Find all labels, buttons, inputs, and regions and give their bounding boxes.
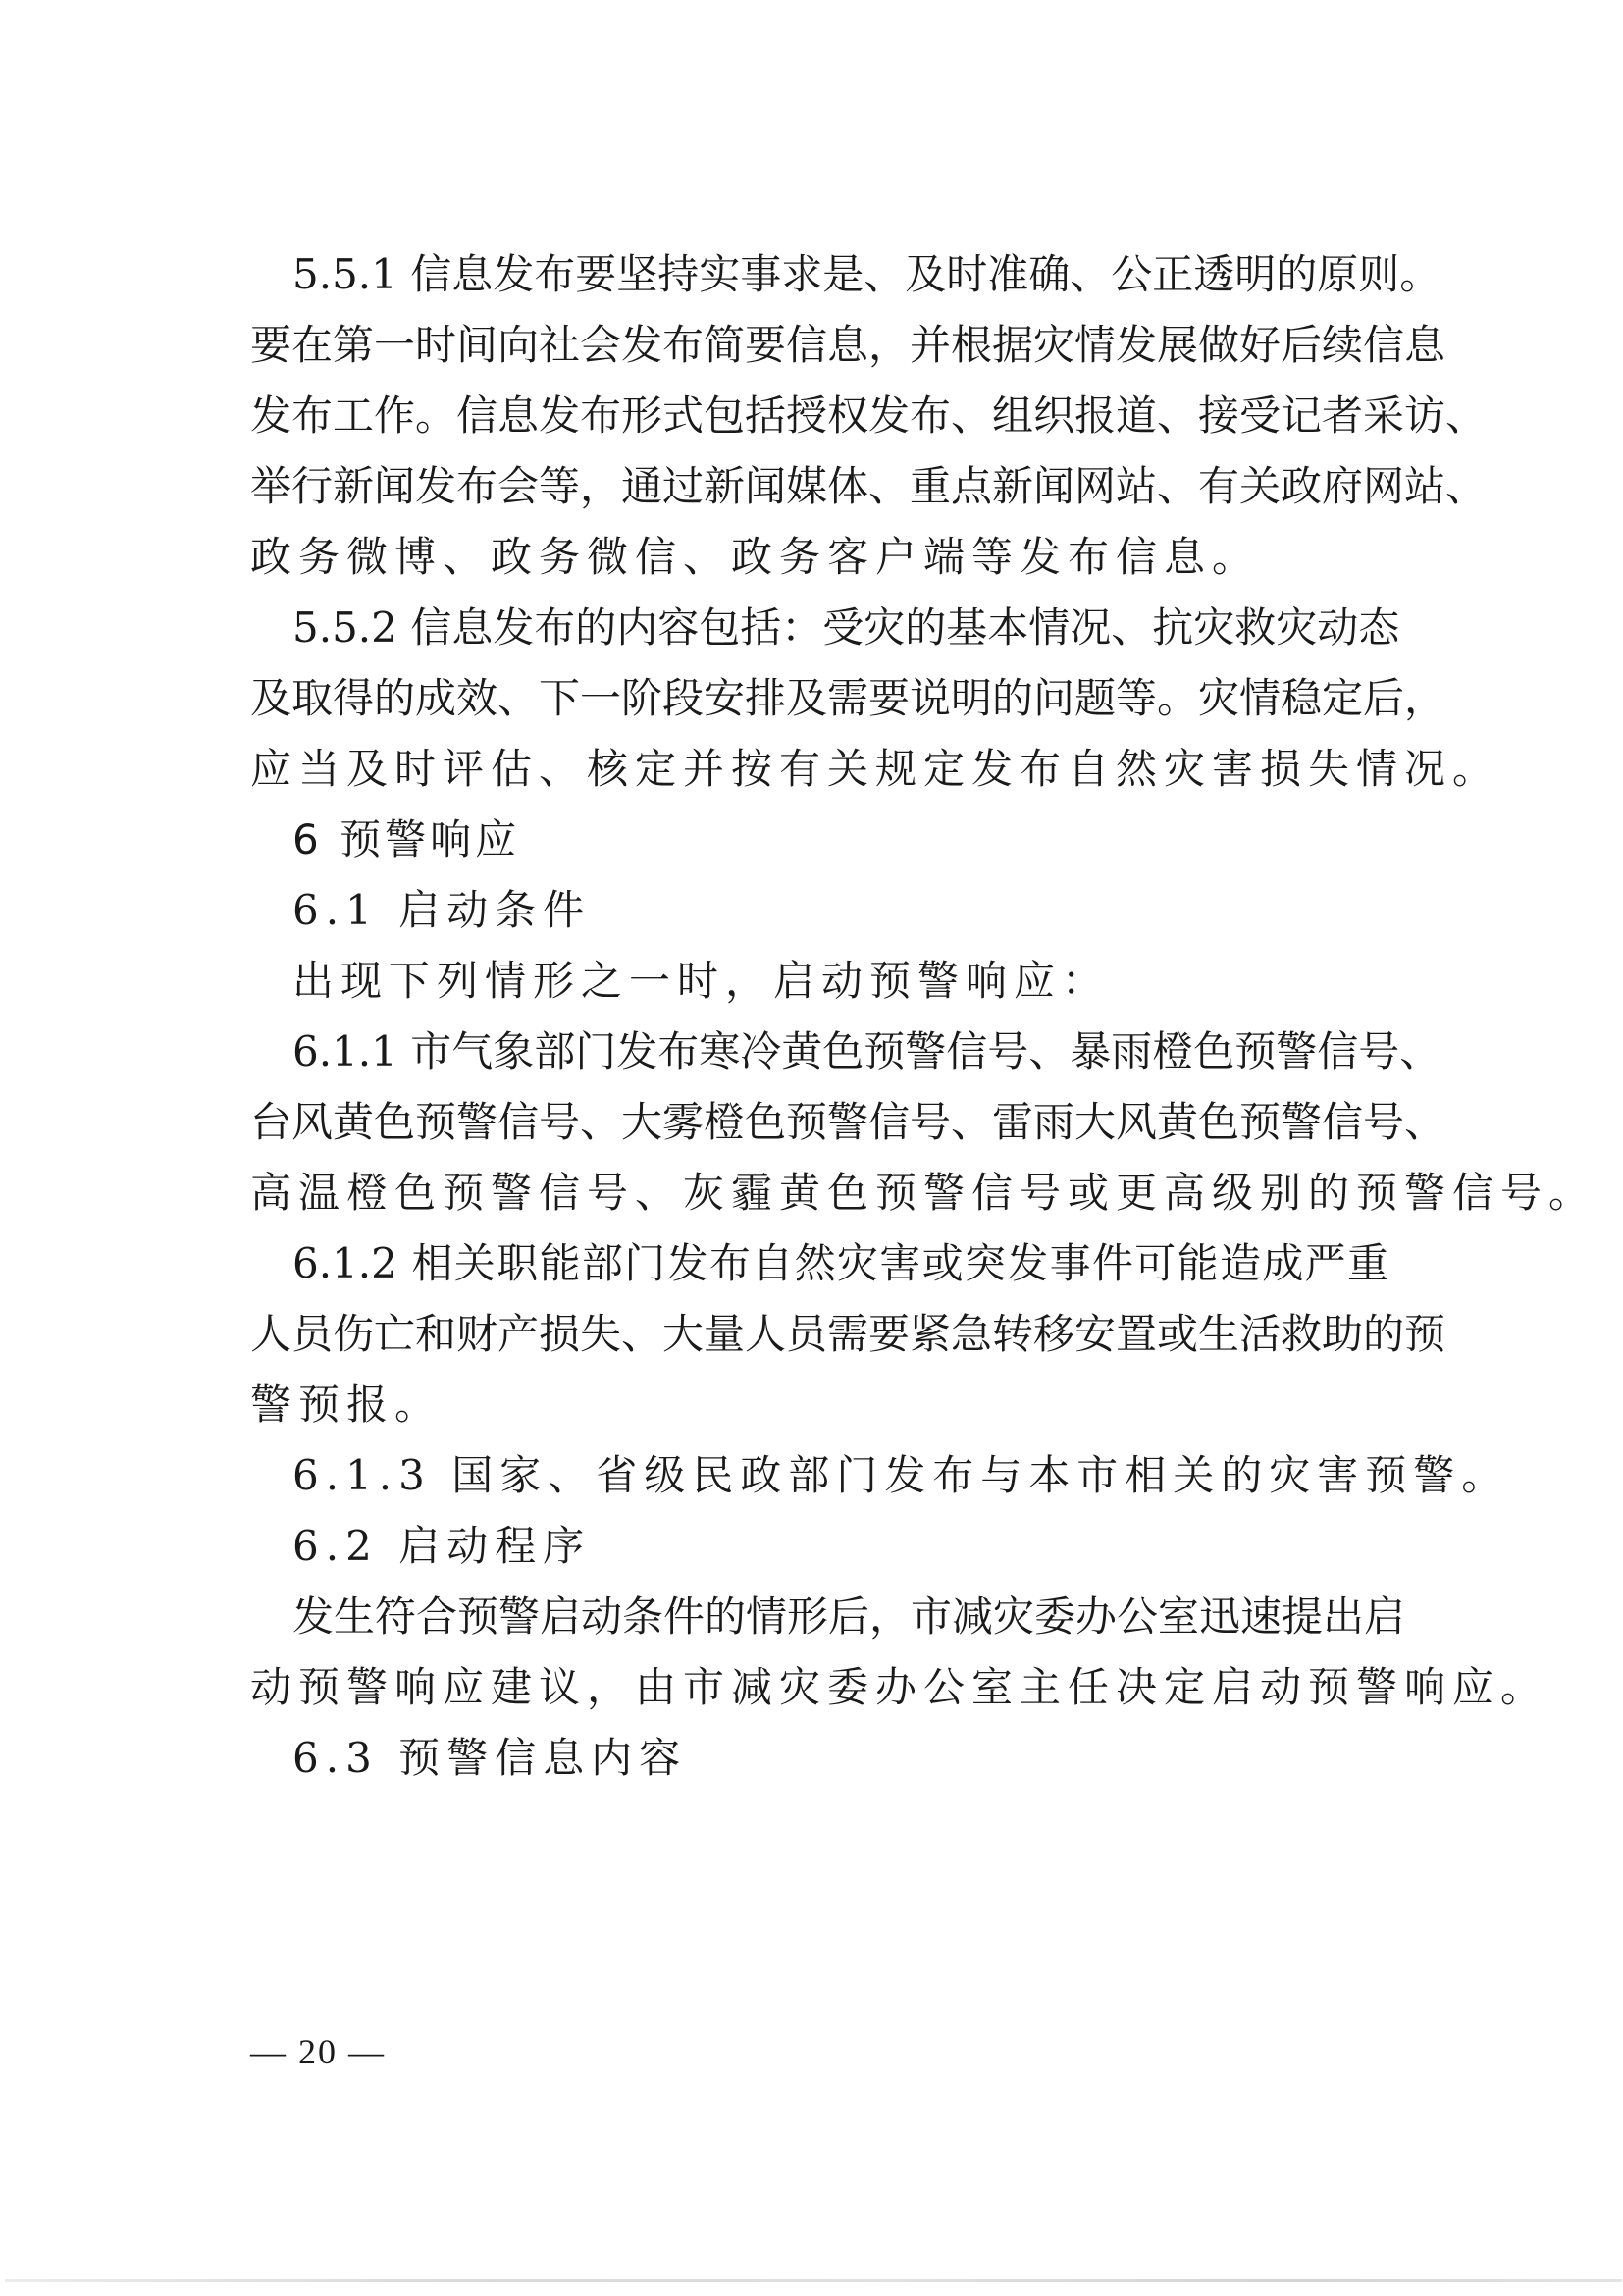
page-number: — 20 —: [250, 2027, 386, 2076]
para-5-5-1-line-4: 举行新闻发布会等，通过新闻媒体、重点新闻网站、有关政府网站、: [250, 457, 1388, 516]
para-6-1-1-line-2: 台风黄色预警信号、大雾橙色预警信号、雷雨大风黄色预警信号、: [250, 1093, 1388, 1152]
para-5-5-1-line-1: 5.5.1 信息发布要坚持实事求是、及时准确、公正透明的原则。: [292, 245, 1388, 304]
document-page: 5.5.1 信息发布要坚持实事求是、及时准确、公正透明的原则。 要在第一时间向社…: [0, 0, 1623, 2296]
para-6-1-intro: 出现下列情形之一时，启动预警响应：: [292, 952, 1388, 1011]
para-6-1-2-line-3: 警预报。: [250, 1376, 1388, 1435]
para-6-2-line-1: 发生符合预警启动条件的情形后，市减灾委办公室迅速提出启: [292, 1588, 1388, 1646]
para-6-1-2-line-2: 人员伤亡和财产损失、大量人员需要紧急转移安置或生活救助的预: [250, 1305, 1388, 1364]
para-5-5-2-line-2: 及取得的成效、下一阶段安排及需要说明的问题等。灾情稳定后，: [250, 669, 1388, 728]
section-6-heading: 6 预警响应: [292, 810, 1388, 869]
section-6-1-heading: 6.1 启动条件: [292, 881, 1388, 940]
para-5-5-2-line-1: 5.5.2 信息发布的内容包括：受灾的基本情况、抗灾救灾动态: [292, 599, 1388, 657]
para-5-5-1-line-2: 要在第一时间向社会发布简要信息，并根据灾情发展做好后续信息: [250, 316, 1388, 375]
section-6-2-heading: 6.2 启动程序: [292, 1517, 1388, 1576]
para-6-1-1-line-1: 6.1.1 市气象部门发布寒冷黄色预警信号、暴雨橙色预警信号、: [292, 1022, 1388, 1081]
para-6-2-line-2: 动预警响应建议，由市减灾委办公室主任决定启动预警响应。: [250, 1658, 1388, 1717]
para-6-1-2-line-1: 6.1.2 相关职能部门发布自然灾害或突发事件可能造成严重: [292, 1234, 1388, 1293]
para-6-1-3: 6.1.3 国家、省级民政部门发布与本市相关的灾害预警。: [292, 1446, 1388, 1505]
scan-edge-line: [5, 2279, 1622, 2282]
para-5-5-1-line-3: 发布工作。信息发布形式包括授权发布、组织报道、接受记者采访、: [250, 387, 1388, 445]
para-5-5-1-line-5: 政务微博、政务微信、政务客户端等发布信息。: [250, 528, 1388, 587]
para-6-1-1-line-3: 高温橙色预警信号、灰霾黄色预警信号或更高级别的预警信号。: [250, 1164, 1388, 1223]
section-6-3-heading: 6.3 预警信息内容: [292, 1729, 1388, 1788]
para-5-5-2-line-3: 应当及时评估、核定并按有关规定发布自然灾害损失情况。: [250, 740, 1388, 799]
